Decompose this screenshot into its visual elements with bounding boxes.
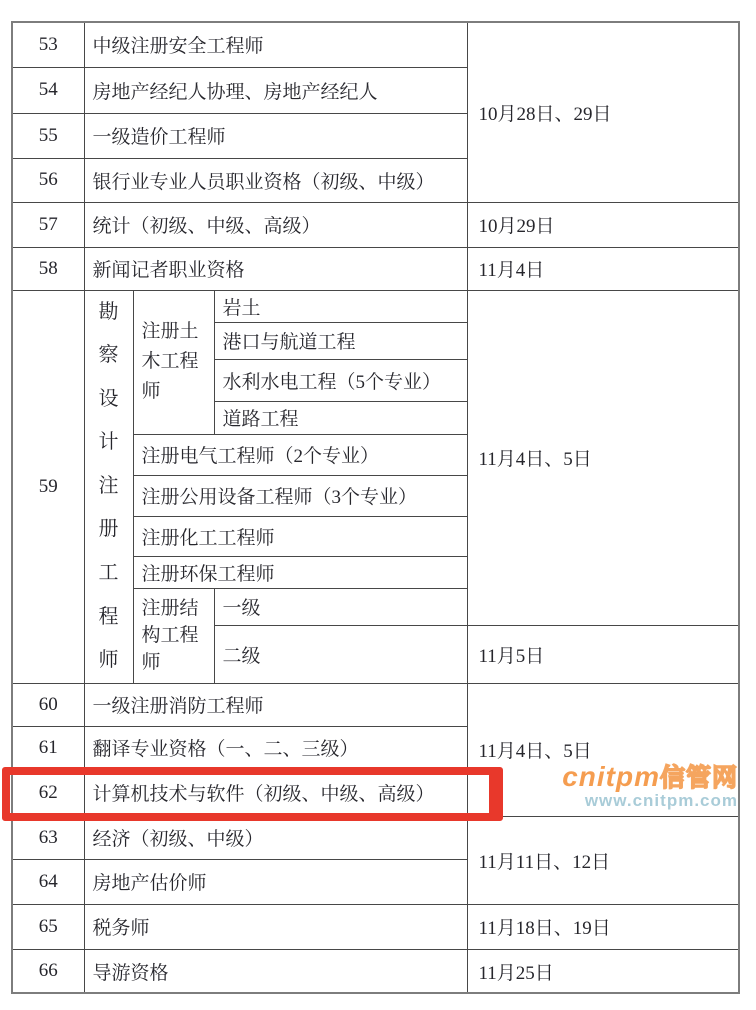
vertical-group-text: 勘察设计注册工程师 — [98, 291, 120, 683]
row-number: 64 — [12, 859, 84, 904]
exam-name: 翻译专业资格（一、二、三级） — [84, 726, 467, 769]
exam-schedule-table: 53 中级注册安全工程师 10月28日、29日 54 房地产经纪人协理、房地产经… — [11, 21, 740, 994]
exam-date: 11月4日 — [467, 247, 739, 290]
watermark-brand: cnitpm信管网 — [562, 762, 738, 791]
exam-name: 房地产估价师 — [84, 859, 467, 904]
table-row: 60 一级注册消防工程师 11月4日、5日 — [12, 683, 739, 726]
sub-group-name: 注册结构工程师 — [133, 588, 214, 683]
exam-name: 一级注册消防工程师 — [84, 683, 467, 726]
exam-name: 注册公用设备工程师（3个专业） — [133, 475, 467, 516]
sub-group-text: 注册结构工程师 — [142, 595, 206, 676]
table-row: 58 新闻记者职业资格 11月4日 — [12, 247, 739, 290]
exam-name: 一级造价工程师 — [84, 113, 467, 158]
row-number: 60 — [12, 683, 84, 726]
row-number: 58 — [12, 247, 84, 290]
exam-name: 导游资格 — [84, 949, 467, 993]
row-number: 61 — [12, 726, 84, 769]
exam-date: 11月11日、12日 — [467, 816, 739, 904]
table-row: 59 勘察设计注册工程师 注册土木工程师 岩土 11月4日、5日 — [12, 290, 739, 322]
exam-name: 中级注册安全工程师 — [84, 22, 467, 67]
row-number: 56 — [12, 158, 84, 202]
exam-date: 11月25日 — [467, 949, 739, 993]
table-row: 65 税务师 11月18日、19日 — [12, 904, 739, 949]
exam-date: 11月18日、19日 — [467, 904, 739, 949]
table-row: 63 经济（初级、中级） 11月11日、12日 — [12, 816, 739, 859]
exam-name: 新闻记者职业资格 — [84, 247, 467, 290]
level-name: 一级 — [214, 588, 467, 625]
exam-date: 10月29日 — [467, 202, 739, 247]
row-number: 55 — [12, 113, 84, 158]
watermark-url: www.cnitpm.com — [562, 792, 738, 810]
row-number: 54 — [12, 67, 84, 113]
highlight-box-row-62 — [2, 767, 503, 821]
watermark-brand-cn: 信管网 — [660, 764, 738, 792]
exam-name: 注册电气工程师（2个专业） — [133, 434, 467, 475]
exam-group-label: 勘察设计注册工程师 — [84, 290, 133, 683]
sub-group-text: 注册土木工程师 — [142, 317, 206, 407]
row-number: 59 — [12, 290, 84, 683]
exam-name: 注册化工工程师 — [133, 516, 467, 556]
row-number: 63 — [12, 816, 84, 859]
specialty-name: 水利水电工程（5个专业） — [214, 359, 467, 401]
specialty-name: 港口与航道工程 — [214, 322, 467, 359]
specialty-name: 岩土 — [214, 290, 467, 322]
row-number: 53 — [12, 22, 84, 67]
exam-name: 注册环保工程师 — [133, 556, 467, 588]
row-number: 57 — [12, 202, 84, 247]
watermark: cnitpm信管网 www.cnitpm.com — [562, 762, 738, 810]
exam-name: 统计（初级、中级、高级） — [84, 202, 467, 247]
table-row: 66 导游资格 11月25日 — [12, 949, 739, 993]
row-number: 66 — [12, 949, 84, 993]
level-name: 二级 — [214, 625, 467, 683]
exam-name: 税务师 — [84, 904, 467, 949]
watermark-brand-latin: cnitpm — [562, 761, 660, 792]
exam-name: 经济（初级、中级） — [84, 816, 467, 859]
row-number: 65 — [12, 904, 84, 949]
exam-date: 11月5日 — [467, 625, 739, 683]
specialty-name: 道路工程 — [214, 401, 467, 434]
exam-date: 10月28日、29日 — [467, 22, 739, 202]
exam-name: 银行业专业人员职业资格（初级、中级） — [84, 158, 467, 202]
exam-date: 11月4日、5日 — [467, 290, 739, 625]
exam-name: 房地产经纪人协理、房地产经纪人 — [84, 67, 467, 113]
table-row: 53 中级注册安全工程师 10月28日、29日 — [12, 22, 739, 67]
table-row: 57 统计（初级、中级、高级） 10月29日 — [12, 202, 739, 247]
sub-group-name: 注册土木工程师 — [133, 290, 214, 434]
